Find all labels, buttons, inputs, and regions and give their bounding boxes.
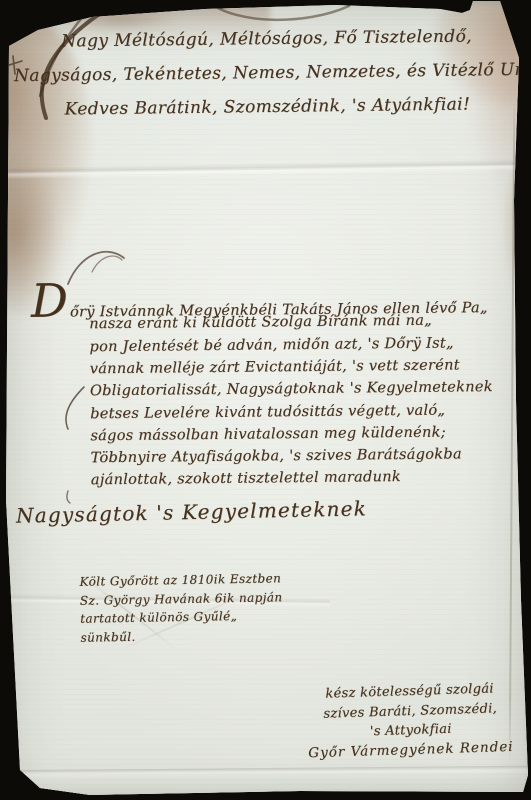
dateline-line: Sz. György Havának 6ik napján — [80, 588, 283, 610]
bottom-folded-edge — [0, 766, 531, 797]
body-paragraph: Dőrÿ Istvánnak Megyénkbéli Takáts János … — [89, 290, 521, 504]
body-line: Többnyire Atyafiságokba, 's szives Barát… — [91, 446, 462, 472]
margin-line — [66, 387, 84, 429]
signature-block: kész kötelességű szolgái szíves Baráti, … — [297, 678, 524, 763]
body-line: nasza eránt ki küldött Szolga Bíránk mái… — [89, 313, 432, 339]
flourish-stroke — [209, 2, 349, 20]
flourish-stroke — [92, 256, 122, 272]
dateline-block: Költ Győrött az 1810ik Esztben Sz. Györg… — [79, 569, 283, 647]
body-line: Obligatorialissát, Nagyságtoknak 's Kegy… — [90, 379, 493, 405]
ink-flourish-initial — [62, 242, 134, 288]
flourish-stroke — [68, 252, 124, 284]
margin-dot — [67, 491, 70, 503]
salutation-line: Kedves Barátink, Szomszédink, 's Atyánkf… — [14, 87, 520, 127]
letter-sheet: darabanth Nagy Méltóságú, Méltóságos, Fő… — [0, 0, 531, 800]
foxing-stain-right-mid — [503, 170, 531, 300]
body-line: ajánlottak, szokott tisztelettel maradun… — [91, 469, 401, 494]
horizontal-fold-crease-upper — [0, 159, 531, 180]
closing-line: Nagyságtok 's Kegyelmeteknek — [16, 496, 367, 527]
dateline-line: sünkbűl. — [80, 625, 283, 647]
photo-background: darabanth Nagy Méltóságú, Méltóságos, Fő… — [0, 0, 531, 800]
ink-margin-stroke — [58, 385, 94, 505]
salutation-block: Nagy Méltóságú, Méltóságos, Fő Tisztelen… — [13, 19, 520, 127]
